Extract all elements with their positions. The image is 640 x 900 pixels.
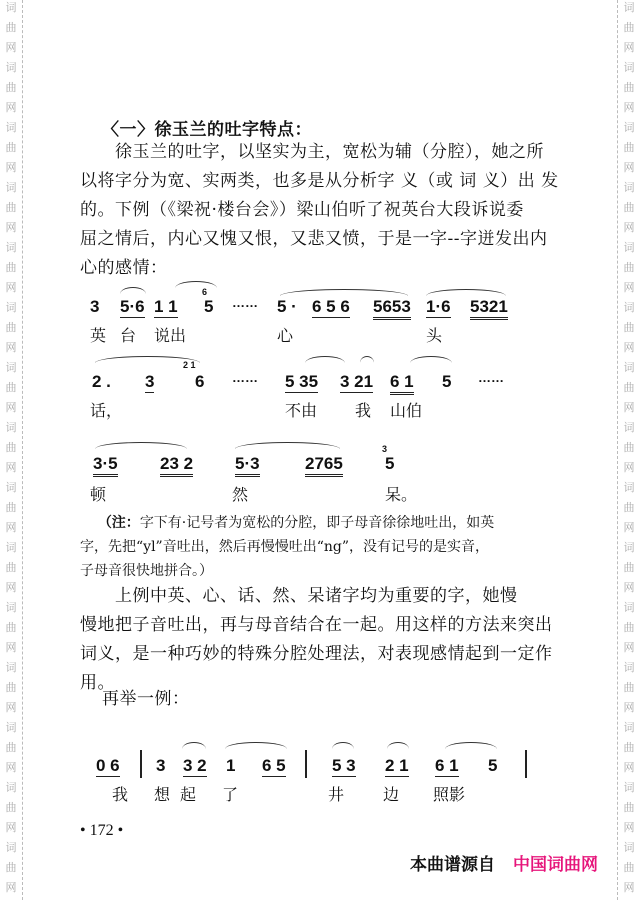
watermark-char: 词 <box>0 538 22 558</box>
lyric: 不由 <box>285 398 317 421</box>
watermark-char: 词 <box>0 238 22 258</box>
watermark-char: 曲 <box>0 558 22 578</box>
note: 5 <box>204 297 213 317</box>
watermark-char: 词 <box>0 118 22 138</box>
note: 5 35 <box>285 372 318 393</box>
paragraph-line: 屈之情后，内心又愧又恨，又悲又愤，于是一字--字迸发出内 <box>80 225 559 254</box>
paragraph-line: 心的感情： <box>80 254 559 283</box>
lyric: 井 <box>328 782 344 805</box>
watermark-char: 曲 <box>0 78 22 98</box>
watermark-char: 曲 <box>618 738 640 758</box>
watermark-char: 词 <box>618 538 640 558</box>
watermark-char: 网 <box>618 278 640 298</box>
watermark-char: 网 <box>0 218 22 238</box>
note-line: 字，先把“yl”音吐出，然后再慢慢吐出“ng”，没有记号的是实音， <box>80 535 494 559</box>
watermark-char: 词 <box>0 418 22 438</box>
book-page: 〈一〉徐玉兰的吐字特点： 徐玉兰的吐字，以坚实为主，宽松为辅（分腔），她之所 以… <box>80 0 560 900</box>
note: 5 <box>385 454 394 474</box>
note: 5 <box>442 372 451 392</box>
watermark-char: 词 <box>618 58 640 78</box>
lyric: 英 <box>90 323 106 346</box>
watermark-char: 曲 <box>0 678 22 698</box>
watermark-char: 网 <box>618 218 640 238</box>
watermark-char: 曲 <box>618 198 640 218</box>
lyric: 顿 <box>90 482 106 505</box>
watermark-char: 曲 <box>618 558 640 578</box>
note: 2 . <box>92 372 111 392</box>
lyric: 我 <box>355 398 371 421</box>
watermark-char: 词 <box>0 658 22 678</box>
watermark-char: 网 <box>618 398 640 418</box>
barline <box>525 750 527 778</box>
watermark-char: 词 <box>0 478 22 498</box>
note: 3 <box>90 297 99 317</box>
watermark-char: 曲 <box>0 498 22 518</box>
watermark-char: 词 <box>618 118 640 138</box>
watermark-char: 网 <box>618 758 640 778</box>
watermark-char: 网 <box>0 638 22 658</box>
paragraph-3: 再举一例： <box>102 685 190 714</box>
watermark-char: 网 <box>618 338 640 358</box>
watermark-char: 网 <box>0 98 22 118</box>
watermark-char: 词 <box>618 358 640 378</box>
watermark-char: 网 <box>618 818 640 838</box>
watermark-char: 词 <box>0 298 22 318</box>
note: 6 <box>195 372 204 392</box>
watermark-char: 网 <box>0 38 22 58</box>
watermark-char: 词 <box>0 0 22 18</box>
watermark-char: 曲 <box>618 858 640 878</box>
watermark-char: 词 <box>0 58 22 78</box>
source-credit: 本曲谱源自中国词曲网 <box>410 850 598 875</box>
watermark-char: 词 <box>618 0 640 18</box>
ellipsis: …… <box>478 370 504 385</box>
note: 3·5 <box>93 454 118 477</box>
paragraph-line: 词义，是一种巧妙的特殊分腔处理法，对表现感情起到一定作 <box>80 640 553 669</box>
watermark-char: 曲 <box>0 618 22 638</box>
watermark-char: 词 <box>618 598 640 618</box>
note: 5 <box>488 756 497 776</box>
note: 6 1 <box>435 756 459 777</box>
watermark-char: 网 <box>0 878 22 898</box>
note: 3 <box>156 756 165 776</box>
paragraph-line: 徐玉兰的吐字，以坚实为主，宽松为辅（分腔），她之所 <box>80 138 559 167</box>
lyric: 台 <box>120 323 136 346</box>
note: 2765 <box>305 454 343 477</box>
score2: 0 6 3 3 2 1 6 5 5 3 2 1 6 1 5 我 想 起 了 井 … <box>80 740 560 800</box>
note: 0 6 <box>96 756 120 777</box>
watermark-char: 曲 <box>618 498 640 518</box>
note: 3 2 <box>183 756 207 777</box>
watermark-char: 词 <box>618 238 640 258</box>
grace-note: 3 <box>382 444 387 454</box>
note-line: （注：字下有·记号者为宽松的分腔，即子母音徐徐地吐出，如英 <box>80 511 494 535</box>
lyric: 边 <box>383 782 399 805</box>
note: 1·6 <box>426 297 451 318</box>
watermark-char: 网 <box>0 458 22 478</box>
watermark-char: 曲 <box>0 798 22 818</box>
watermark-char: 曲 <box>618 138 640 158</box>
paragraph-line: 的。下例（《梁祝·楼台会》）梁山伯听了祝英台大段诉说委 <box>80 196 559 225</box>
note: 23 2 <box>160 454 193 477</box>
lyric: 我 <box>112 782 128 805</box>
lyric: 话， <box>90 398 122 421</box>
watermark-char: 网 <box>0 398 22 418</box>
watermark-char: 词 <box>618 178 640 198</box>
watermark-char: 曲 <box>618 678 640 698</box>
note: 6 5 6 <box>312 297 350 318</box>
paragraph-line: 上例中英、心、话、然、呆诸字均为重要的字，她慢 <box>80 582 553 611</box>
lyric: 照影 <box>433 782 465 805</box>
watermark-char: 曲 <box>0 198 22 218</box>
watermark-char: 网 <box>0 698 22 718</box>
lyric: 心 <box>277 323 293 346</box>
grace-note: 6 <box>202 287 207 297</box>
score1-row1: 6 3 5·6 1 1 5 …… 5 · 6 5 6 5653 1·6 5321… <box>80 285 560 345</box>
watermark-char: 网 <box>618 578 640 598</box>
credit-site-link[interactable]: 中国词曲网 <box>513 855 598 875</box>
watermark-char: 网 <box>618 518 640 538</box>
watermark-char: 词 <box>0 718 22 738</box>
watermark-char: 网 <box>618 698 640 718</box>
watermark-char: 网 <box>0 578 22 598</box>
watermark-char: 曲 <box>618 378 640 398</box>
watermark-char: 曲 <box>618 258 640 278</box>
watermark-char: 曲 <box>618 618 640 638</box>
note-label: （注： <box>98 515 140 531</box>
watermark-char: 网 <box>618 98 640 118</box>
watermark-char: 曲 <box>618 318 640 338</box>
watermark-char: 词 <box>618 838 640 858</box>
lyric: 说出 <box>154 323 186 346</box>
watermark-char: 词 <box>618 418 640 438</box>
note: 2 1 <box>385 756 409 777</box>
watermark-char: 词 <box>618 718 640 738</box>
note: 3 21 <box>340 372 373 393</box>
barline <box>140 750 142 778</box>
lyric: 起 <box>180 782 196 805</box>
watermark-char: 曲 <box>0 858 22 878</box>
annotation-note: （注：字下有·记号者为宽松的分腔，即子母音徐徐地吐出，如英 字，先把“yl”音吐… <box>80 511 494 583</box>
watermark-char: 词 <box>618 478 640 498</box>
score1-row2: 2 1 2 . 3 6 …… 5 35 3 21 6 1 5 …… 话， 不由 … <box>80 358 560 418</box>
lyric: 头 <box>426 323 442 346</box>
watermark-char: 网 <box>0 278 22 298</box>
watermark-char: 曲 <box>0 438 22 458</box>
watermark-char: 曲 <box>618 798 640 818</box>
note: 5321 <box>470 297 508 320</box>
watermark-strip-left: 词曲网词曲网词曲网词曲网词曲网词曲网词曲网词曲网词曲网词曲网词曲网词曲网词曲网词… <box>0 0 23 900</box>
note: 5 · <box>277 297 297 317</box>
paragraph-1: 徐玉兰的吐字，以坚实为主，宽松为辅（分腔），她之所 以将字分为宽、实两类，也多是… <box>80 138 559 283</box>
watermark-char: 曲 <box>0 138 22 158</box>
watermark-char: 网 <box>0 518 22 538</box>
page-number: • 172 • <box>80 822 123 840</box>
watermark-char: 网 <box>618 38 640 58</box>
lyric: 然 <box>232 482 248 505</box>
watermark-char: 词 <box>0 838 22 858</box>
grace-note: 2 1 <box>183 360 196 370</box>
watermark-char: 曲 <box>0 258 22 278</box>
credit-prefix: 本曲谱源自 <box>410 855 495 875</box>
watermark-char: 词 <box>0 358 22 378</box>
watermark-char: 曲 <box>618 18 640 38</box>
watermark-char: 曲 <box>0 318 22 338</box>
note: 1 1 <box>154 297 178 318</box>
barline <box>305 750 307 778</box>
watermark-char: 曲 <box>0 738 22 758</box>
watermark-char: 网 <box>618 878 640 898</box>
watermark-char: 词 <box>618 658 640 678</box>
paragraph-2: 上例中英、心、话、然、呆诸字均为重要的字，她慢 慢地把子音吐出，再与母音结合在一… <box>80 582 553 698</box>
note: 5·3 <box>235 454 260 477</box>
lyric: 想 <box>154 782 170 805</box>
paragraph-line: 慢地把子音吐出，再与母音结合在一起。用这样的方法来突出 <box>80 611 553 640</box>
watermark-char: 网 <box>618 638 640 658</box>
score1-row3: 3 3·5 23 2 5·3 2765 5 顿 然 呆。 <box>80 440 560 500</box>
watermark-char: 网 <box>0 758 22 778</box>
watermark-char: 曲 <box>0 378 22 398</box>
note-line: 子母音很快地拼合。） <box>80 559 494 583</box>
lyric: 呆。 <box>385 482 417 505</box>
watermark-char: 词 <box>618 298 640 318</box>
watermark-char: 词 <box>0 178 22 198</box>
note: 3 <box>145 372 154 393</box>
watermark-char: 曲 <box>0 18 22 38</box>
note: 5·6 <box>120 297 145 318</box>
lyric: 了 <box>222 782 238 805</box>
watermark-char: 曲 <box>618 438 640 458</box>
watermark-char: 网 <box>0 818 22 838</box>
note: 6 5 <box>262 756 286 777</box>
watermark-char: 网 <box>618 158 640 178</box>
watermark-char: 网 <box>0 338 22 358</box>
note: 6 1 <box>390 372 414 395</box>
note: 5653 <box>373 297 411 320</box>
watermark-char: 词 <box>0 598 22 618</box>
note: 5 3 <box>332 756 356 777</box>
watermark-char: 网 <box>618 458 640 478</box>
note: 1 <box>226 756 235 776</box>
ellipsis: …… <box>232 295 258 310</box>
watermark-char: 曲 <box>618 78 640 98</box>
watermark-char: 网 <box>0 158 22 178</box>
paragraph-line: 以将字分为宽、实两类，也多是从分析字 义（或 词 义）出 发 <box>80 167 559 196</box>
watermark-char: 词 <box>0 778 22 798</box>
watermark-strip-right: 词曲网词曲网词曲网词曲网词曲网词曲网词曲网词曲网词曲网词曲网词曲网词曲网词曲网词… <box>617 0 640 900</box>
lyric: 山伯 <box>390 398 422 421</box>
watermark-char: 词 <box>618 778 640 798</box>
ellipsis: …… <box>232 370 258 385</box>
